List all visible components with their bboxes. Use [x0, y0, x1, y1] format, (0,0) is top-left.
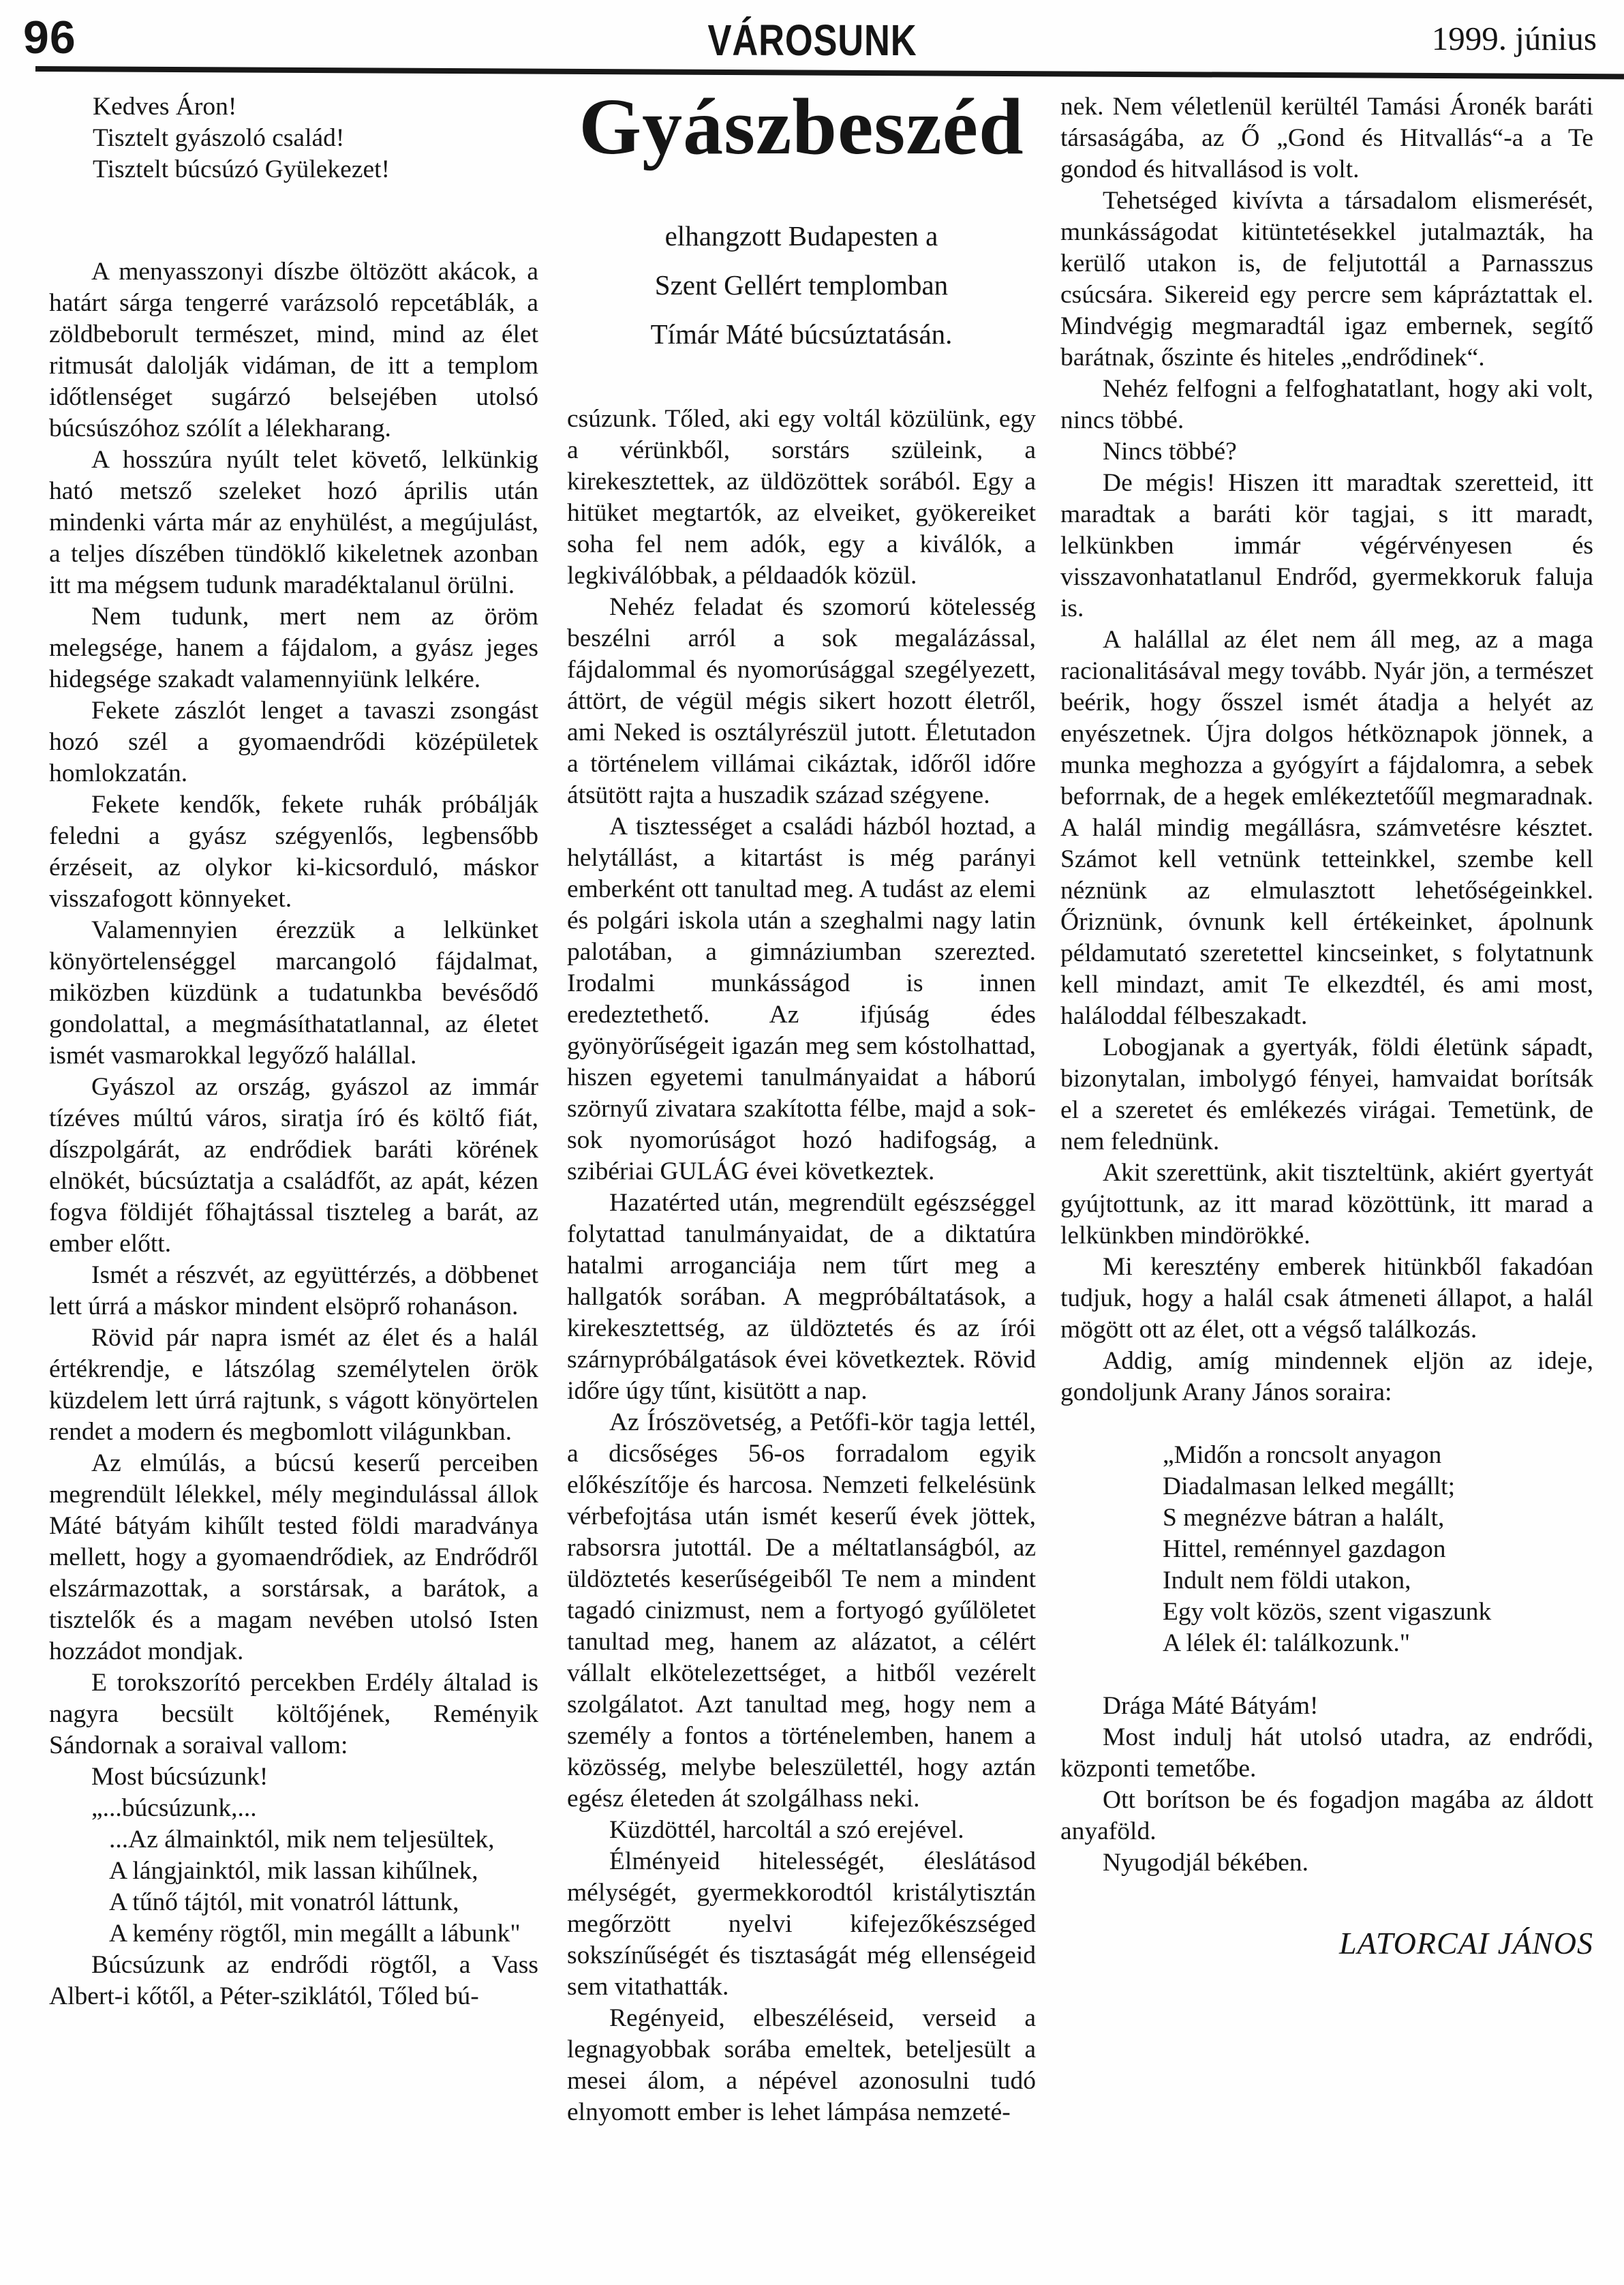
- paragraph: Addig, amíg mindennek eljön az ideje, go…: [1060, 1346, 1593, 1408]
- paragraph: Fekete kendők, fekete ruhák próbálják fe…: [49, 789, 538, 915]
- paragraph: Nehéz felfogni a felfoghatatlant, hogy a…: [1060, 374, 1593, 436]
- paragraph: Regényeid, elbeszéléseid, verseid a legn…: [567, 2003, 1036, 2128]
- poem-line: Indult nem földi utakon,: [1163, 1565, 1593, 1597]
- greeting-block: Kedves Áron! Tisztelt gyászoló család! T…: [93, 91, 538, 185]
- paragraph: A menyasszonyi díszbe öltözött akácok, a…: [49, 256, 538, 444]
- column-left: Kedves Áron! Tisztelt gyászoló család! T…: [49, 82, 538, 2273]
- newspaper-page: 96 VÁROSUNK 1999. június Kedves Áron! Ti…: [0, 0, 1624, 2285]
- masthead-title: VÁROSUNK: [707, 15, 917, 65]
- subtitle-line: elhangzott Budapesten a: [567, 211, 1036, 260]
- paragraph: E torokszorító percekben Erdély általad …: [49, 1667, 538, 1761]
- paragraph: Akit szerettünk, akit tiszteltünk, akiér…: [1060, 1157, 1593, 1252]
- paragraph: Rövid pár napra ismét az élet és a halál…: [49, 1322, 538, 1448]
- paragraph: Hazatérted után, megrendült egészséggel …: [567, 1187, 1036, 1407]
- paragraph: Mi keresztény emberek hitünkből fakadóan…: [1060, 1252, 1593, 1346]
- poem-line: A lélek él: találkozunk.": [1163, 1628, 1593, 1659]
- paragraph: Nehéz feladat és szomorú kötelesség besz…: [567, 592, 1036, 811]
- paragraph: Küzdöttél, harcoltál a szó erejével.: [567, 1815, 1036, 1846]
- greeting-line: Kedves Áron!: [93, 91, 538, 123]
- verse-line: A lángjainktól, mik lassan kihűlnek,: [109, 1856, 538, 1887]
- article-subtitle: elhangzott Budapesten a Szent Gellért te…: [567, 211, 1036, 359]
- poem-line: Diadalmasan lelked megállt;: [1163, 1471, 1593, 1502]
- paragraph: A halállal az élet nem áll meg, az a mag…: [1060, 624, 1593, 1032]
- poem-line: Egy volt közös, szent vigaszunk: [1163, 1597, 1593, 1628]
- poem-line: S megnézve bátran a halált,: [1163, 1502, 1593, 1534]
- paragraph: Lobogjanak a gyertyák, földi életünk sáp…: [1060, 1032, 1593, 1157]
- verse-line: A tűnő tájtól, mit vonatról láttunk,: [109, 1887, 538, 1918]
- verse-line: ...Az álmainktól, mik nem teljesültek,: [109, 1824, 538, 1856]
- paragraph: Ismét a részvét, az együttérzés, a döbbe…: [49, 1260, 538, 1322]
- subtitle-line: Szent Gellért templomban: [567, 260, 1036, 309]
- paragraph: Ott borítson be és fogadjon magába az ál…: [1060, 1785, 1593, 1847]
- paragraph: nek. Nem véletlenül kerültél Tamási Áron…: [1060, 91, 1593, 185]
- paragraph: Most indulj hát utolsó utadra, az endrőd…: [1060, 1722, 1593, 1785]
- paragraph: Valamennyien érezzük a lelkünket könyört…: [49, 915, 538, 1072]
- paragraph: Az elmúlás, a búcsú keserű perceiben meg…: [49, 1448, 538, 1667]
- paragraph: Fekete zászlót lenget a tavaszi zsongást…: [49, 695, 538, 789]
- paragraph: Nyugodjál békében.: [1060, 1847, 1593, 1879]
- page-number: 96: [23, 11, 76, 64]
- article-title: Gyászbeszéd: [567, 82, 1036, 172]
- paragraph: Az Írószövetség, a Petőfi-kör tagja lett…: [567, 1407, 1036, 1815]
- column-middle: Gyászbeszéd elhangzott Budapesten a Szen…: [567, 82, 1036, 2273]
- greeting-line: Tisztelt búcsúzó Gyülekezet!: [93, 154, 538, 185]
- issue-date: 1999. június: [1432, 19, 1597, 58]
- column-right: nek. Nem véletlenül kerültél Tamási Áron…: [1060, 82, 1593, 2273]
- paragraph: csúzunk. Tőled, aki egy voltál közülünk,…: [567, 404, 1036, 592]
- paragraph: Most búcsúzunk!: [49, 1761, 538, 1793]
- author-signature: LATORCAI JÁNOS: [1060, 1928, 1593, 1959]
- paragraph: Búcsúzunk az endrődi rögtől, a Vass Albe…: [49, 1950, 538, 2012]
- paragraph: Nincs többé?: [1060, 436, 1593, 468]
- paragraph: Gyászol az ország, gyászol az immár tízé…: [49, 1072, 538, 1260]
- poem-line: Hittel, reménnyel gazdagon: [1163, 1534, 1593, 1565]
- verse-block: ...Az álmainktól, mik nem teljesültek, A…: [109, 1824, 538, 1950]
- paragraph: Tehetséged kivívta a társadalom elismeré…: [1060, 185, 1593, 374]
- paragraph: Nem tudunk, mert nem az öröm melegsége, …: [49, 601, 538, 695]
- paragraph: A tisztességet a családi házból hoztad, …: [567, 811, 1036, 1187]
- verse-line: A kemény rögtől, min megállt a lábunk": [109, 1918, 538, 1950]
- subtitle-line: Tímár Máté búcsúztatásán.: [567, 309, 1036, 359]
- poem-line: „Midőn a roncsolt anyagon: [1163, 1440, 1593, 1471]
- greeting-line: Tisztelt gyászoló család!: [93, 123, 538, 154]
- paragraph: Drága Máté Bátyám!: [1060, 1691, 1593, 1722]
- paragraph: Élményeid hitelességét, éleslátásod mély…: [567, 1846, 1036, 2003]
- paragraph: De mégis! Hiszen itt maradtak szeretteid…: [1060, 468, 1593, 624]
- header-rule: [35, 66, 1624, 79]
- paragraph: A hosszúra nyúlt telet követő, lelkünkig…: [49, 444, 538, 601]
- paragraph: „...búcsúzunk,...: [49, 1793, 538, 1824]
- poem-block: „Midőn a roncsolt anyagon Diadalmasan le…: [1163, 1440, 1593, 1659]
